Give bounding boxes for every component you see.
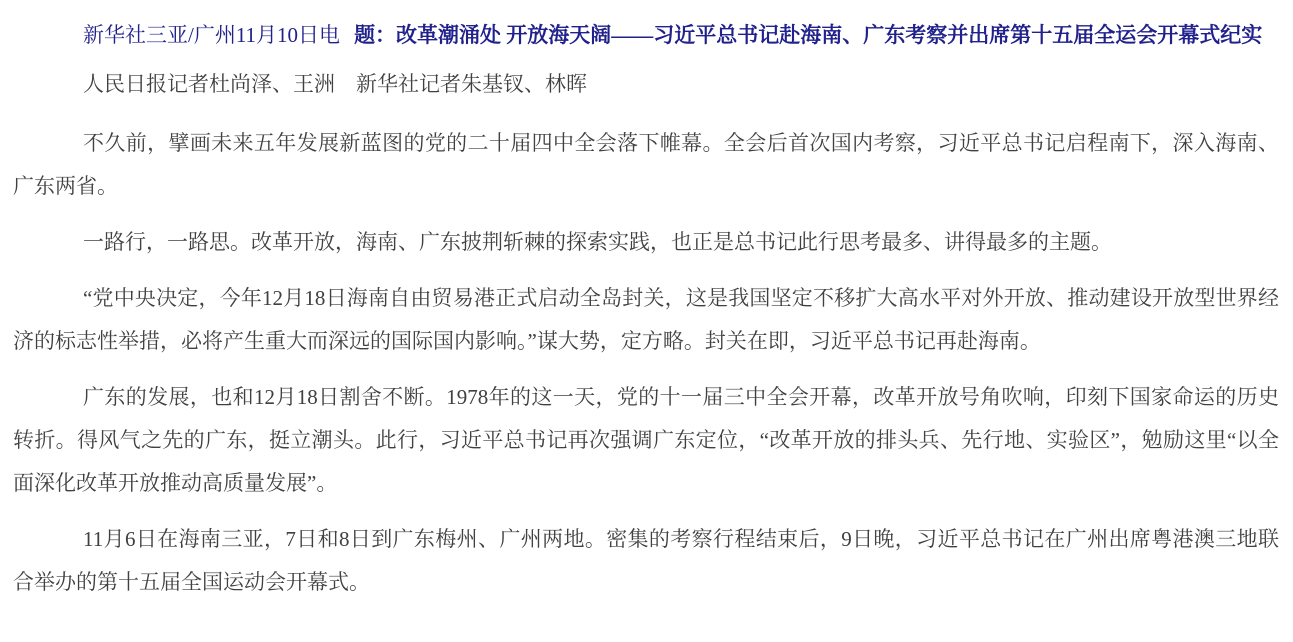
paragraph: 广东的发展，也和12月18日割舍不断。1978年的这一天，党的十一届三中全会开幕…: [13, 376, 1279, 505]
dateline: 新华社三亚/广州11月10日电: [83, 23, 340, 47]
paragraph: 不久前，擘画未来五年发展新蓝图的党的二十届四中全会落下帷幕。全会后首次国内考察，…: [13, 122, 1279, 208]
paragraph: 一路行，一路思。改革开放，海南、广东披荆斩棘的探索实践，也正是总书记此行思考最多…: [13, 221, 1279, 264]
article-headline: 新华社三亚/广州11月10日电题：改革潮涌处 开放海天阔——习近平总书记赴海南、…: [13, 12, 1279, 59]
article-title: 题：改革潮涌处 开放海天阔——习近平总书记赴海南、广东考察并出席第十五届全运会开…: [354, 23, 1262, 47]
paragraph: 11月6日在海南三亚，7日和8日到广东梅州、广州两地。密集的考察行程结束后，9日…: [13, 518, 1279, 604]
news-article: 新华社三亚/广州11月10日电题：改革潮涌处 开放海天阔——习近平总书记赴海南、…: [0, 0, 1293, 604]
paragraph: “党中央决定，今年12月18日海南自由贸易港正式启动全岛封关，这是我国坚定不移扩…: [13, 277, 1279, 363]
byline: 人民日报记者杜尚泽、王洲 新华社记者朱基钗、林晖: [13, 63, 1279, 106]
